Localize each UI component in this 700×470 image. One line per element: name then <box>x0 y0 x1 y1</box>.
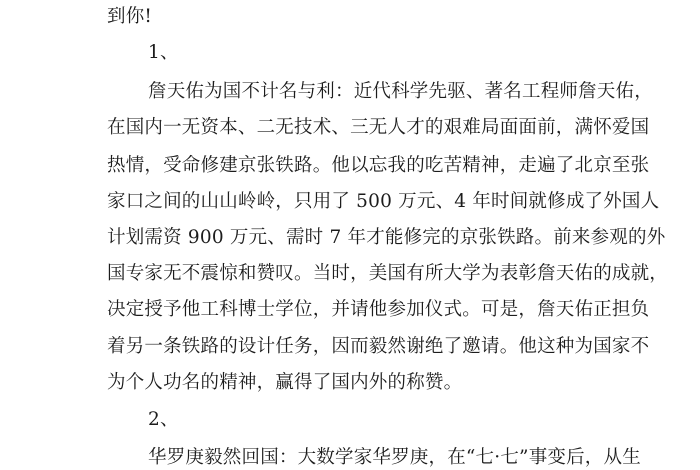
paragraph-2-line-1: 华罗庚毅然回国：大数学家华罗庚，在“七·七”事变后，从生 <box>148 447 641 469</box>
paragraph-1-line-6: 国专家无不震惊和赞叹。当时，美国有所大学为表彰詹天佑的成就， <box>107 263 668 285</box>
closing-line: 到你! <box>107 6 152 28</box>
paragraph-1-line-7: 决定授予他工科博士学位，并请他参加仪式。可是，詹天佑正担负 <box>107 299 649 321</box>
paragraph-1-line-9: 为个人功名的精神，赢得了国内外的称赞。 <box>107 372 462 394</box>
paragraph-1-line-3: 热情，受命修建京张铁路。他以忘我的吃苦精神，走遍了北京至张 <box>107 155 649 177</box>
paragraph-1-line-5: 计划需资 900 万元、需时 7 年才能修完的京张铁路。前来参观的外 <box>107 227 665 249</box>
paragraph-1-line-4: 家口之间的山山岭岭，只用了 500 万元、4 年时间就修成了外国人 <box>107 191 659 213</box>
document-page: 到你! 1、 詹天佑为国不计名与利：近代科学先驱、著名工程师詹天佑， 在国内一无… <box>0 0 700 470</box>
section-number-2: 2、 <box>148 409 179 431</box>
paragraph-1-line-2: 在国内一无资本、二无技术、三无人才的艰难局面面前，满怀爱国 <box>107 117 649 139</box>
section-number-1: 1、 <box>148 42 179 64</box>
paragraph-1-line-1: 詹天佑为国不计名与利：近代科学先驱、著名工程师詹天佑， <box>148 81 653 103</box>
paragraph-1-line-8: 着另一条铁路的设计任务，因而毅然谢绝了邀请。他这种为国家不 <box>107 336 649 358</box>
